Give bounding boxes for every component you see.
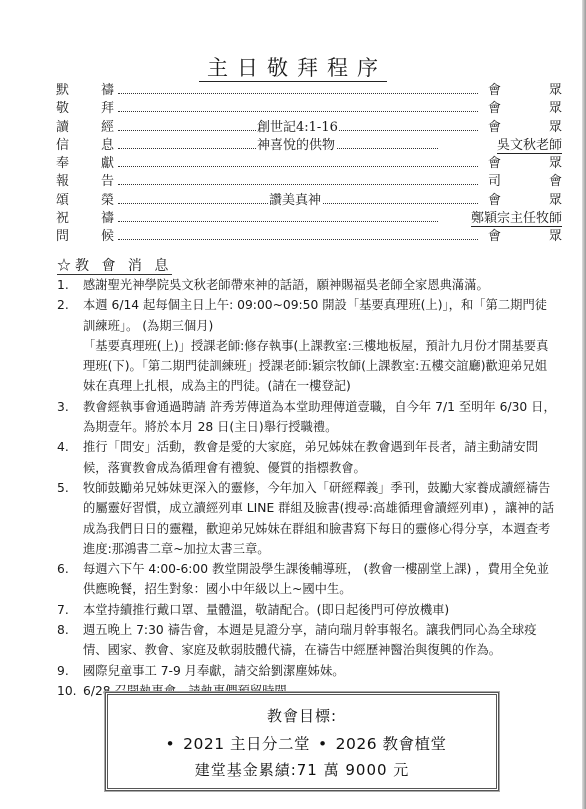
news-item-number: 1. (57, 275, 69, 295)
news-item: 8.週五晚上 7:30 禱告會，本週是見證分享，請向瑞月幹事報名。讓我們同心為全… (57, 620, 557, 661)
news-item: 7.本堂持續推行戴口罩、量體溫，敬請配合。(即日起後門可停放機車) (57, 600, 557, 620)
news-item-number: 8. (57, 620, 69, 640)
item-name-char-2: 禱 (101, 210, 117, 228)
news-heading-text: ☆教 會 消 息 (57, 258, 172, 275)
item-name-char-2: 榮 (101, 192, 117, 210)
item-name-char-1: 祝 (56, 210, 72, 228)
item-name-char-2: 經 (101, 119, 117, 137)
leader-char: 會 (549, 173, 562, 191)
news-item-text: 推行「問安」活動，教會是愛的大家庭，弟兄姊妹在教會遇到年長者，請主動請安問候，落… (83, 437, 557, 478)
order-of-service: 默禱會眾敬拜會眾讀經創世記4:1-16會眾信息神喜悅的供物吳文秋老師奉獻會眾報告… (56, 82, 556, 247)
news-item-text: 每週六下午 4:00-6:00 教堂開設學生課後輔導班， (教會一樓副堂上課) … (83, 559, 557, 600)
dot-leader (118, 82, 478, 100)
item-name-char-1: 讀 (56, 119, 72, 137)
service-item: 讀經創世記4:1-16會眾 (56, 119, 556, 137)
bullet: • (318, 735, 328, 753)
leader-char: 會 (488, 82, 501, 100)
news-item-text: 教會經執事會通過聘請 許秀芳傳道為本堂助理傳道壹職，自今年 7/1 至明年 6/… (83, 397, 557, 438)
leader-char: 眾 (549, 228, 562, 246)
item-leader: 會眾 (482, 82, 562, 100)
news-item-number: 3. (57, 397, 69, 417)
item-name-char-2: 拜 (101, 100, 117, 118)
item-leader: 會眾 (482, 100, 562, 118)
leader-char: 會 (488, 119, 501, 137)
item-leader: 會眾 (482, 192, 562, 210)
dot-leader: 創世記4:1-16 (118, 119, 478, 137)
bullet: • (165, 735, 175, 753)
service-item: 默禱會眾 (56, 82, 556, 100)
dot-leader (118, 210, 478, 228)
item-name-char-1: 問 (56, 228, 72, 246)
item-leader: 吳文秋老師 (438, 137, 562, 155)
item-name-char-1: 奉 (56, 155, 72, 173)
news-item-text: 感謝聖光神學院吳文秋老師帶來神的話語，願神賜福吳老師全家恩典滿滿。 (83, 275, 557, 295)
news-item: 9.國際兒童事工 7-9 月奉獻，請交給劉潔塵姊妹。 (57, 661, 557, 681)
service-item: 祝禱鄭穎宗主任牧師 (56, 210, 556, 228)
dot-leader (118, 173, 478, 191)
leader-char: 眾 (549, 155, 562, 173)
dot-leader (118, 100, 478, 118)
news-item-text: 牧師鼓勵弟兄姊妹更深入的靈修，今年加入「研經釋義」季刊，鼓勵大家養成讀經禱告的屬… (83, 478, 557, 559)
news-heading: ☆教 會 消 息 (57, 257, 557, 275)
news-item: 4.推行「問安」活動，教會是愛的大家庭，弟兄姊妹在教會遇到年長者，請主動請安問候… (57, 437, 557, 478)
news-item-text: 本週 6/14 起每個主日上午: 09:00~09:50 開設「基要真理班(上)… (83, 295, 557, 336)
service-item: 問候會眾 (56, 228, 556, 246)
goals-title: 教會目標: (108, 705, 496, 726)
leader-char: 司 (488, 173, 501, 191)
leader-char: 眾 (549, 192, 562, 210)
service-item: 頌榮讚美真神會眾 (56, 192, 556, 210)
leader-char: 會 (488, 192, 501, 210)
item-name-char-2: 候 (101, 228, 117, 246)
item-leader: 會眾 (482, 119, 562, 137)
news-item: 3.教會經執事會通過聘請 許秀芳傳道為本堂助理傳道壹職，自今年 7/1 至明年 … (57, 397, 557, 438)
news-item-number: 4. (57, 437, 69, 457)
leader-char: 眾 (549, 119, 562, 137)
item-name-char-2: 獻 (101, 155, 117, 173)
leader-char: 眾 (549, 100, 562, 118)
item-leader: 會眾 (482, 155, 562, 173)
leader-char: 會 (488, 228, 501, 246)
news-item-text: 本堂持續推行戴口罩、量體溫，敬請配合。(即日起後門可停放機車) (83, 600, 557, 620)
news-item-text: 國際兒童事工 7-9 月奉獻，請交給劉潔塵姊妹。 (83, 661, 557, 681)
item-name-char-1: 信 (56, 137, 72, 155)
news-item: 1.感謝聖光神學院吳文秋老師帶來神的話語，願神賜福吳老師全家恩典滿滿。 (57, 275, 557, 295)
news-list: 1.感謝聖光神學院吳文秋老師帶來神的話語，願神賜福吳老師全家恩典滿滿。2.本週 … (57, 275, 557, 701)
leader-name: 吳文秋老師 (497, 138, 562, 154)
page-edge (582, 0, 586, 809)
item-name-char-1: 默 (56, 82, 72, 100)
page-title: 主日敬拜程序 (0, 52, 586, 82)
item-leader: 會眾 (482, 228, 562, 246)
news-item: 5.牧師鼓勵弟兄姊妹更深入的靈修，今年加入「研經釋義」季刊，鼓勵大家養成讀經禱告… (57, 478, 557, 559)
news-item-number: 2. (57, 295, 69, 315)
news-item: 6.每週六下午 4:00-6:00 教堂開設學生課後輔導班， (教會一樓副堂上課… (57, 559, 557, 600)
service-item: 信息神喜悅的供物吳文秋老師 (56, 137, 556, 155)
item-name-char-2: 告 (101, 173, 117, 191)
service-item: 報告司會 (56, 173, 556, 191)
service-item: 奉獻會眾 (56, 155, 556, 173)
church-news: ☆教 會 消 息 1.感謝聖光神學院吳文秋老師帶來神的話語，願神賜福吳老師全家恩… (57, 257, 557, 701)
news-item-text: 「基要真理班(上)」授課老師:修存執事(上課教室:三樓地板屋，預計九月份才開基要… (83, 336, 557, 397)
leader-char: 會 (488, 100, 501, 118)
item-leader: 司會 (482, 173, 562, 191)
dot-leader: 神喜悅的供物 (118, 137, 478, 155)
goal-2: 2026 教會植堂 (336, 735, 447, 753)
leader-char: 會 (488, 155, 501, 173)
page-title-text: 主日敬拜程序 (199, 56, 387, 82)
leader-char: 眾 (549, 82, 562, 100)
item-name-char-2: 禱 (101, 82, 117, 100)
item-name-char-1: 頌 (56, 192, 72, 210)
item-name-char-1: 敬 (56, 100, 72, 118)
news-item-number: 10. (57, 681, 77, 701)
news-item-number: 5. (57, 478, 69, 498)
news-item-number: 9. (57, 661, 69, 681)
news-item-number: 7. (57, 600, 69, 620)
item-detail: 讚美真神 (268, 192, 322, 210)
goal-1: 2021 主日分二堂 (183, 735, 310, 753)
leader-name: 鄭穎宗主任牧師 (471, 211, 562, 227)
dot-leader (118, 228, 478, 246)
item-name-char-2: 息 (101, 137, 117, 155)
news-item-number: 6. (57, 559, 69, 579)
item-name-char-1: 報 (56, 173, 72, 191)
church-goals-box: 教會目標: •2021 主日分二堂•2026 教會植堂 建堂基金累績:71 萬 … (105, 692, 499, 791)
service-item: 敬拜會眾 (56, 100, 556, 118)
news-item: 2.本週 6/14 起每個主日上午: 09:00~09:50 開設「基要真理班(… (57, 295, 557, 396)
dot-leader (118, 155, 478, 173)
dot-leader: 讚美真神 (118, 192, 478, 210)
item-leader: 鄭穎宗主任牧師 (438, 210, 562, 228)
goals-line: •2021 主日分二堂•2026 教會植堂 (108, 732, 496, 754)
item-detail: 創世記4:1-16 (256, 119, 339, 137)
building-fund-total: 建堂基金累績:71 萬 9000 元 (108, 759, 496, 780)
news-item-text: 週五晚上 7:30 禱告會，本週是見證分享，請向瑞月幹事報名。讓我們同心為全球疫… (83, 620, 557, 661)
item-detail: 神喜悅的供物 (256, 137, 336, 155)
